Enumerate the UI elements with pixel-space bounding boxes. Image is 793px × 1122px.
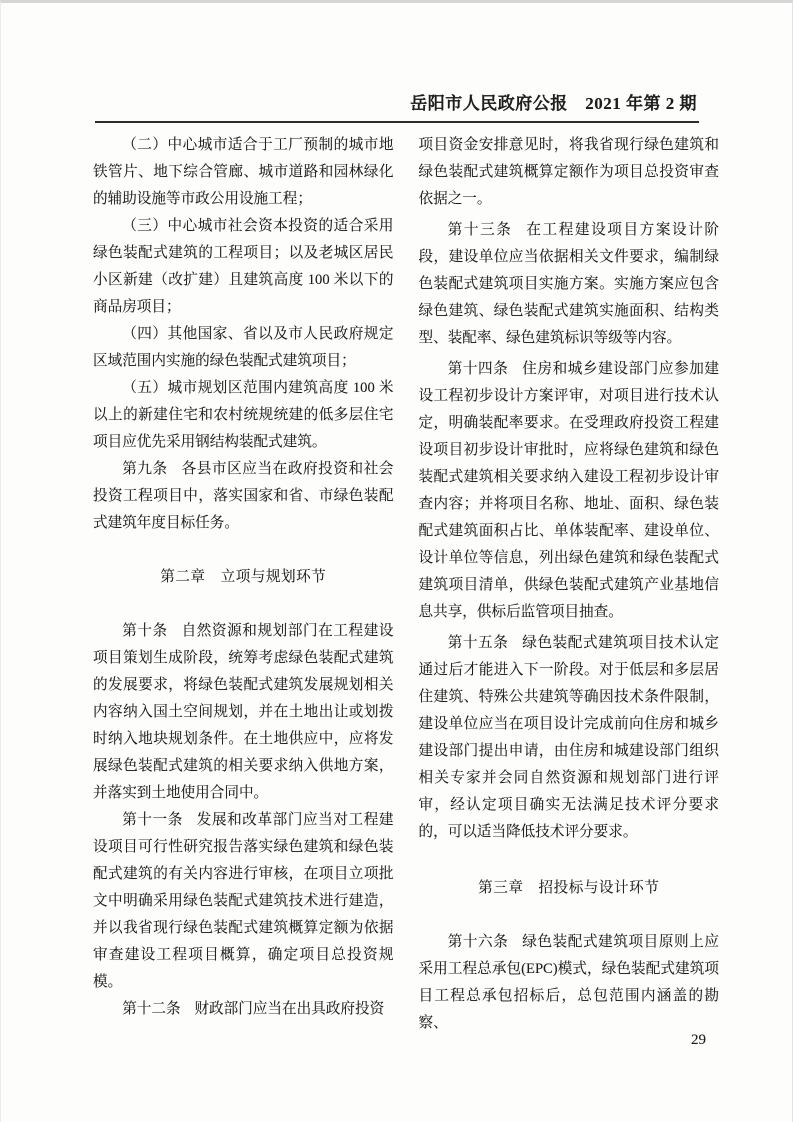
article-number: 第十二条 — [122, 1001, 180, 1017]
body-paragraph: （二）中心城市适合于工厂预制的城市地铁管片、地下综合管廊、城市道路和园林绿化的辅… — [93, 132, 394, 213]
article-paragraph: 第十六条绿色装配式建筑项目原则上应采用工程总承包(EPC)模式，绿色装配式建筑项… — [419, 929, 720, 1037]
article-paragraph: 第十三条在工程建设项目方案设计阶段，建设单位应当依据相关文件要求，编制绿色装配式… — [419, 217, 720, 352]
article-paragraph: 第十二条财政部门应当在出具政府投资 — [93, 996, 394, 1023]
body-paragraph: （五）城市规划区范围内建筑高度 100 米以上的新建住宅和农村统规统建的低多层住… — [93, 375, 394, 456]
article-paragraph: 第十一条发展和改革部门应当对工程建设项目可行性研究报告落实绿色建筑和绿色装配式建… — [93, 807, 394, 996]
article-paragraph: 第十条自然资源和规划部门在工程建设项目策划生成阶段，统筹考虑绿色装配式建筑的发展… — [93, 618, 394, 807]
gazette-page: 岳阳市人民政府公报 2021 年第 2 期 （二）中心城市适合于工厂预制的城市地… — [0, 0, 793, 1122]
chapter-heading: 第三章 招投标与设计环节 — [419, 875, 720, 902]
left-column: （二）中心城市适合于工厂预制的城市地铁管片、地下综合管廊、城市道路和园林绿化的辅… — [93, 132, 394, 1037]
right-column: 项目资金安排意见时，将我省现行绿色建筑和绿色装配式建筑概算定额作为项目总投资审查… — [419, 132, 720, 1037]
article-number: 第十四条 — [448, 361, 509, 377]
two-column-body: （二）中心城市适合于工厂预制的城市地铁管片、地下综合管廊、城市道路和园林绿化的辅… — [93, 132, 719, 1037]
page-number: 29 — [691, 1030, 706, 1050]
header-rule — [95, 121, 699, 123]
body-paragraph: 项目资金安排意见时，将我省现行绿色建筑和绿色装配式建筑概算定额作为项目总投资审查… — [419, 132, 720, 213]
article-number: 第九条 — [122, 461, 168, 477]
article-number: 第十五条 — [448, 635, 509, 651]
article-paragraph: 第十五条绿色装配式建筑项目技术认定通过后才能进入下一阶段。对于低层和多层居住建筑… — [419, 630, 720, 846]
chapter-heading: 第二章 立项与规划环节 — [93, 564, 394, 591]
article-number: 第十条 — [122, 623, 168, 639]
article-number: 第十一条 — [122, 812, 183, 828]
article-paragraph: 第十四条住房和城乡建设部门应参加建设工程初步设计方案评审，对项目进行技术认定，明… — [419, 356, 720, 626]
body-paragraph: （三）中心城市社会资本投资的适合采用绿色装配式建筑的工程项目；以及老城区居民小区… — [93, 213, 394, 321]
page-header-title: 岳阳市人民政府公报 2021 年第 2 期 — [93, 93, 719, 115]
article-number: 第十三条 — [448, 222, 513, 238]
page-content: 岳阳市人民政府公报 2021 年第 2 期 （二）中心城市适合于工厂预制的城市地… — [1, 3, 792, 1037]
article-paragraph: 第九条各县市区应当在政府投资和社会投资工程项目中，落实国家和省、市绿色装配式建筑… — [93, 456, 394, 537]
body-paragraph: （四）其他国家、省以及市人民政府规定区域范围内实施的绿色装配式建筑项目； — [93, 321, 394, 375]
page-header: 岳阳市人民政府公报 2021 年第 2 期 — [93, 3, 719, 123]
article-number: 第十六条 — [448, 934, 509, 950]
